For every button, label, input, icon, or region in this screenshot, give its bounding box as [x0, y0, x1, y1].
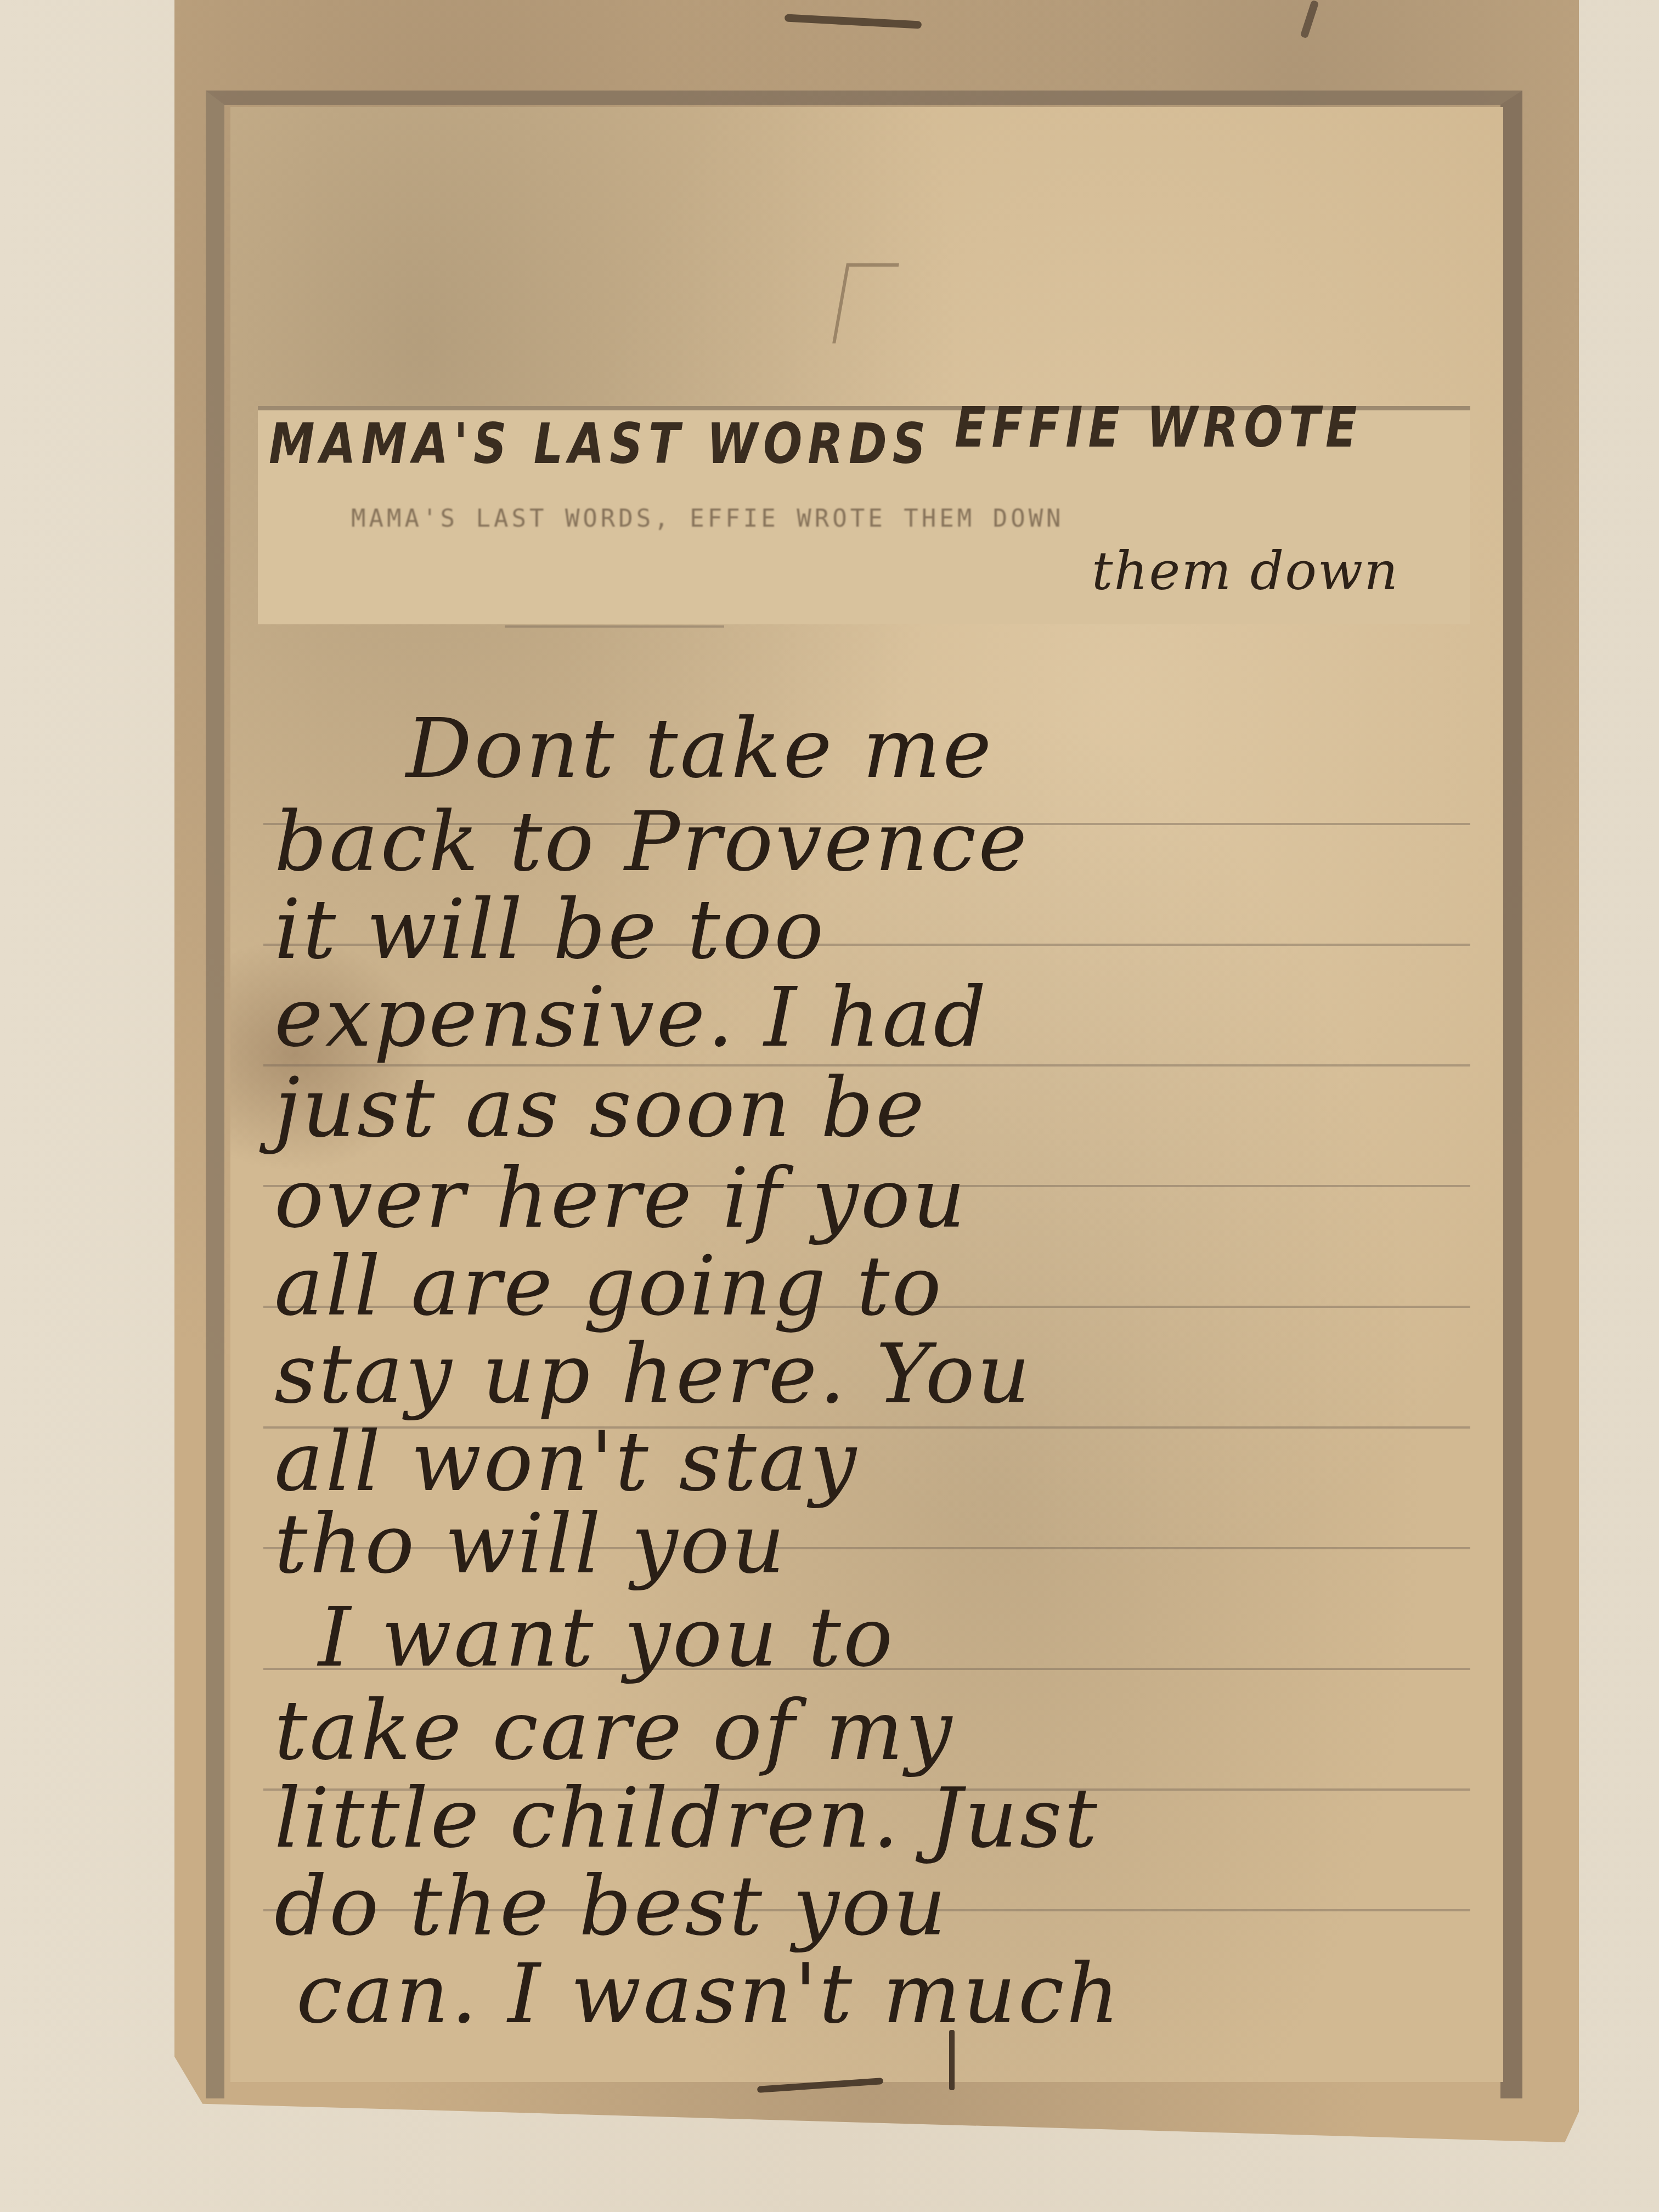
letter-line: it will be too [274, 889, 826, 971]
letter-line: Dont take me [406, 708, 994, 790]
letter-line: just as soon be [274, 1067, 927, 1149]
bottom-ink-tick [949, 2030, 955, 2090]
header-handwritten-continuation: them down [1092, 540, 1399, 602]
header-author-handwritten: EFFIE WROTE [955, 395, 1362, 460]
header-typed-caption: MAMA'S LAST WORDS, EFFIE WROTE THEM DOWN [351, 505, 1064, 533]
letter-line: do the best you [274, 1865, 949, 1948]
header-title-handwritten: MAMA'S LAST WORDS [269, 411, 931, 476]
letter-line: I want you to [318, 1596, 895, 1679]
letter-line: little children. Just [274, 1778, 1099, 1860]
letter-line: back to Provence [274, 801, 1029, 883]
ruled-line [505, 625, 724, 628]
letter-line: all won't stay [274, 1421, 859, 1503]
letter-line: over here if you [274, 1158, 968, 1240]
letter-line: tho will you [274, 1503, 787, 1585]
letter-line: all are going to [274, 1245, 944, 1328]
letter-line: stay up here. You [274, 1333, 1032, 1415]
letter-line: expensive. I had [274, 977, 989, 1059]
letter-line: take care of my [274, 1690, 954, 1772]
letter-line: can. I wasn't much [296, 1953, 1121, 2035]
